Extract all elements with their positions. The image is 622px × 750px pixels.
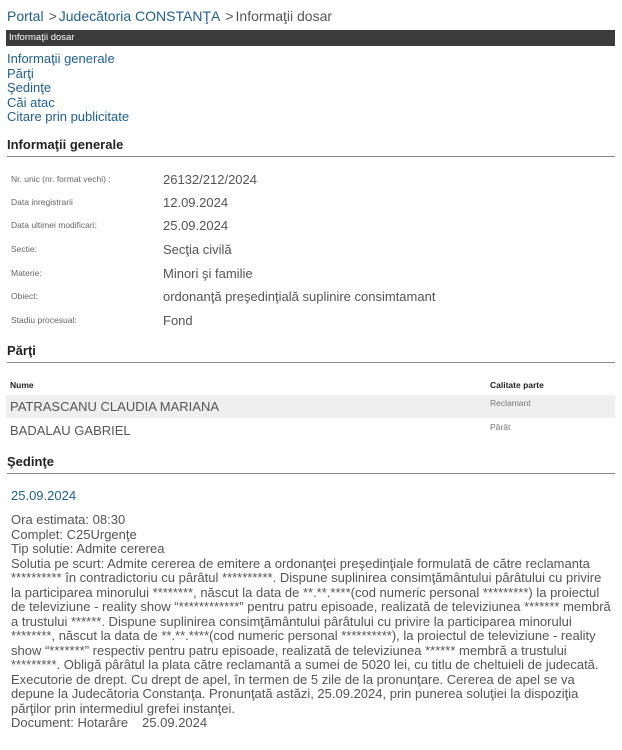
section-title-sedinte: Şedinţe <box>7 454 615 474</box>
info-value: Secţia civilă <box>163 242 232 257</box>
column-header-calitate: Calitate parte <box>490 380 544 390</box>
section-title-informatii-generale: Informaţii generale <box>7 137 615 157</box>
info-label: Sectie: <box>11 244 37 254</box>
info-label: Obiect: <box>11 291 38 301</box>
info-value: Fond <box>163 313 193 328</box>
nav-link-cai-atac[interactable]: Căi atac <box>7 96 129 111</box>
party-name: BADALAU GABRIEL <box>10 423 131 438</box>
document-label: Document: Hotarâre <box>11 715 128 730</box>
info-label: Data ultimei modificari: <box>11 220 97 230</box>
hearing-complet: Complet: C25Urgenţe <box>11 528 611 543</box>
info-value: 26132/212/2024 <box>163 172 257 187</box>
breadcrumb-current: Informaţii dosar <box>236 8 332 24</box>
breadcrumb: Portal>Judecătoria CONSTANŢA>Informaţii … <box>7 8 332 24</box>
table-row: BADALAU GABRIEL Pârât <box>6 419 615 442</box>
hearing-date: 25.09.2024 <box>11 488 76 503</box>
party-role: Pârât <box>490 422 510 432</box>
breadcrumb-portal-link[interactable]: Portal <box>7 8 44 24</box>
info-label: Stadiu procesual: <box>11 315 77 325</box>
nav-link-parti[interactable]: Părţi <box>7 67 129 82</box>
info-row-obiect: Obiect: ordonanţă preşedinţială suplinir… <box>0 289 622 311</box>
info-value: Minori şi familie <box>163 266 253 281</box>
section-title-parti: Părţi <box>7 343 615 363</box>
hearing-document: Document: Hotarâre25.09.2024 <box>11 716 611 731</box>
nav-link-citare-publicitate[interactable]: Citare prin publicitate <box>7 110 129 125</box>
hearing-ora: Ora estimata: 08:30 <box>11 513 611 528</box>
breadcrumb-separator: > <box>225 8 233 24</box>
info-row-nr-unic: Nr. unic (nr. format vechi) : 26132/212/… <box>0 172 622 194</box>
page-title-bar: Informaţii dosar <box>6 30 615 46</box>
party-name: PATRASCANU CLAUDIA MARIANA <box>10 399 219 414</box>
nav-link-sedinte[interactable]: Şedinţe <box>7 81 129 96</box>
hearing-solutie: Solutia pe scurt: Admite cererea de emit… <box>11 557 611 717</box>
info-row-materie: Materie: Minori şi familie <box>0 266 622 288</box>
document-date: 25.09.2024 <box>142 715 207 730</box>
info-label: Materie: <box>11 268 42 278</box>
info-value: ordonanţă preşedinţială suplinire consim… <box>163 289 435 304</box>
info-row-sectie: Sectie: Secţia civilă <box>0 242 622 264</box>
breadcrumb-separator: > <box>49 8 57 24</box>
hearing-details: Ora estimata: 08:30 Complet: C25Urgenţe … <box>11 513 611 731</box>
info-row-data-inregistrarii: Data inregistrarii 12.09.2024 <box>0 195 622 217</box>
breadcrumb-court-link[interactable]: Judecătoria CONSTANŢA <box>59 8 221 24</box>
nav-link-informatii-generale[interactable]: Informaţii generale <box>7 52 129 67</box>
info-row-stadiu-procesual: Stadiu procesual: Fond <box>0 313 622 335</box>
info-label: Data inregistrarii <box>11 197 73 207</box>
info-value: 12.09.2024 <box>163 195 228 210</box>
section-nav: Informaţii generale Părţi Şedinţe Căi at… <box>7 52 129 125</box>
info-row-data-ultimei-modificari: Data ultimei modificari: 25.09.2024 <box>0 218 622 240</box>
parties-table-header: Nume Calitate parte <box>0 378 622 392</box>
info-label: Nr. unic (nr. format vechi) : <box>11 174 111 184</box>
party-role: Reclamant <box>490 398 531 408</box>
table-row: PATRASCANU CLAUDIA MARIANA Reclamant <box>6 395 615 418</box>
hearing-tip-solutie: Tip solutie: Admite cererea <box>11 542 611 557</box>
info-value: 25.09.2024 <box>163 218 228 233</box>
column-header-nume: Nume <box>10 380 34 390</box>
